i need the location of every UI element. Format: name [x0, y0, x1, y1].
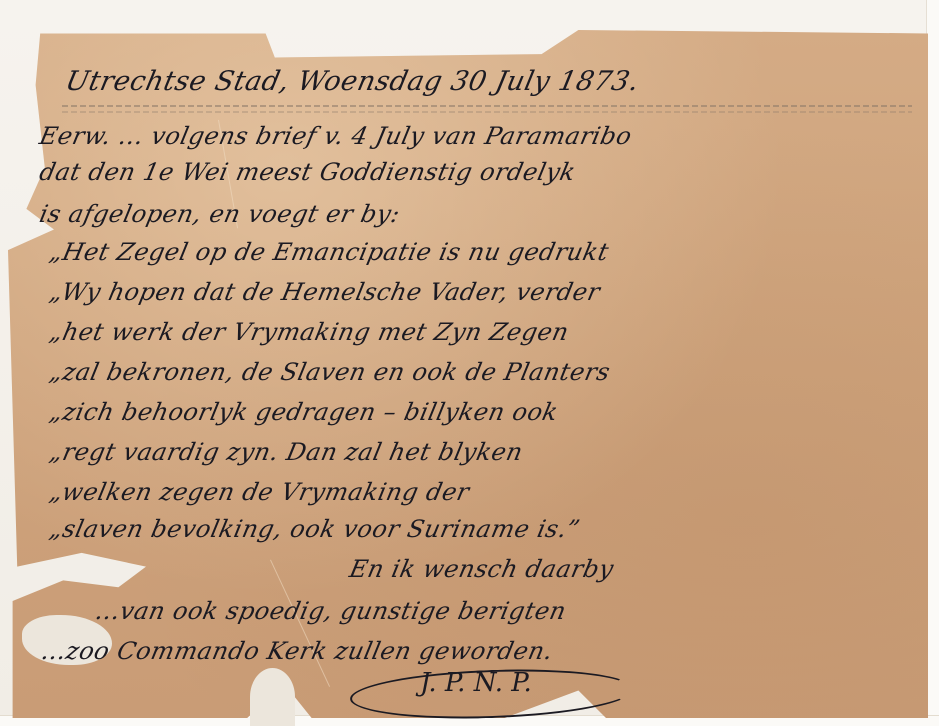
letter-line: Eerw. ... volgens brief v. 4 July van Pa…: [37, 122, 634, 150]
letter-line: dat den 1e Wei meest Goddienstig ordelyk: [37, 158, 578, 186]
paper-tear: [250, 668, 295, 726]
letter-line: ...van ook spoedig, gunstige berigten: [93, 597, 569, 625]
letter-line: ...zoo Commando Kerk zullen geworden.: [39, 637, 556, 665]
letter-line: is afgelopen, en voegt er by:: [37, 200, 403, 228]
letter-line: „welken zegen de Vrymaking der: [47, 478, 472, 506]
letter-line: „Wy hopen dat de Hemelsche Vader, verder: [47, 278, 603, 306]
letter-line: „het werk der Vrymaking met Zyn Zegen: [47, 318, 571, 346]
letter-line: „regt vaardig zyn. Dan zal het blyken: [47, 438, 525, 466]
letter-line: „zich behoorlyk gedragen – billyken ook: [47, 398, 561, 426]
ruled-line: [62, 105, 912, 107]
ruled-line: [62, 111, 912, 113]
letter-header: Utrechtse Stad, Woensdag 30 July 1873.: [63, 66, 642, 97]
letter-line: „slaven bevolking, ook voor Suriname is.…: [47, 515, 583, 543]
letter-line: En ik wensch daarby: [347, 555, 616, 583]
signature: J. P. N. P.: [420, 668, 532, 698]
letter-line: „zal bekronen, de Slaven en ook de Plant…: [47, 358, 613, 386]
letter-line: „Het Zegel op de Emancipatie is nu gedru…: [47, 238, 611, 266]
